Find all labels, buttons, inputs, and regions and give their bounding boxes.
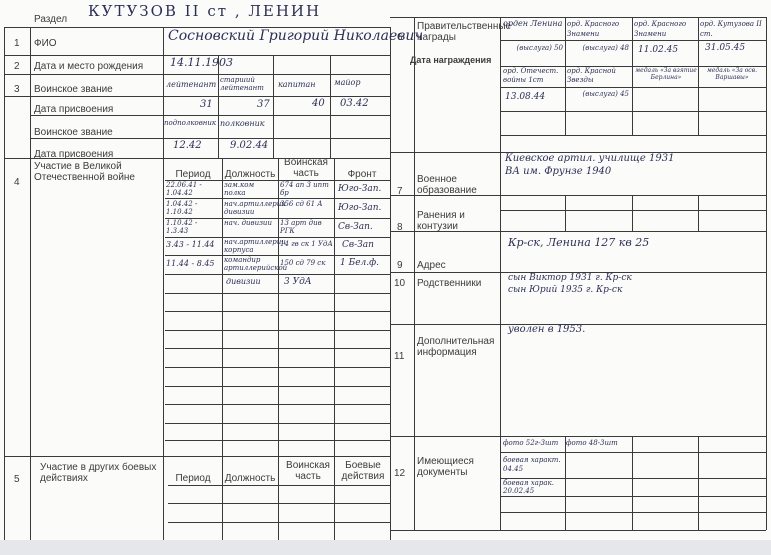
row-1-number: 1 [14,38,20,49]
award-4: орд. Кутузова II ст. [700,19,764,39]
wwii-unit-6: 3 УдА [284,277,312,287]
award-date-6: (выслуга) 45 [567,89,629,99]
row-8-number: 8 [397,222,403,233]
record-card: Раздел КУТУЗОВ II ст , ЛЕНИН [0,0,771,555]
rank-4: майор [334,78,361,87]
wwii-unit-5: 150 сд 79 ск [280,259,325,267]
education-value-2: ВА им. Фрунзе 1940 [505,166,611,177]
wwii-period-4: 3.43 - 11.44 [166,240,215,249]
rank-date-3: 40 [312,98,325,109]
row-3-number: 3 [14,84,20,95]
wwii-col-period: Период [164,169,222,180]
award-1: орден Ленина [503,19,563,29]
address-value: Кр-ск, Ленина 127 кв 25 [508,236,649,249]
award-date-4: 31.05.45 [705,43,745,53]
other-col-position: Должность [222,473,278,484]
document-3: боевая характ. 04.45 [503,456,563,474]
document-2: фото 48-3шт [566,439,618,447]
award-date-1: (выслуга) 50 [503,43,563,53]
wwii-position-4: нач.артиллерии корпуса [224,238,276,254]
relatives-value-2: сын Юрий 1935 г. Кр-ск [508,285,622,295]
rank-5: подполковник [164,119,216,127]
wwii-col-unit: Воинская часть [282,157,330,179]
wwii-front-4: Св-Зап [342,240,374,250]
fio-label: ФИО [34,38,57,49]
documents-label: Имеющиеся документы [417,456,499,478]
education-value-1: Киевское артил. училище 1931 [505,153,674,164]
section-value: КУТУЗОВ II ст , ЛЕНИН [88,2,321,20]
fio-value: Сосновский Григорий Николаевич [168,28,423,44]
rank-3: капитан [278,80,315,89]
rank-1: лейтенант [166,80,216,89]
wwii-front-1: Юго-Зап. [338,184,381,194]
birth-label: Дата и место рождения [34,61,143,72]
wwii-label: Участие в Великой Отечественной войне [34,161,159,183]
other-col-period: Период [164,473,222,484]
wwii-period-3: 1.10.42 - 1.3.43 [166,219,220,235]
wwii-col-front: Фронт [334,169,390,180]
rank-2: старший лейтенант [220,76,272,92]
award-date-label: Дата награждения [410,55,491,66]
award-date-2: (выслуга) 48 [567,43,629,53]
award-date-5: 13.08.44 [505,92,545,102]
row-7-number: 7 [397,186,403,197]
award-3: орд. Красного Знамени [634,19,698,39]
rank-date-label-2: Дата присвоения [34,149,113,160]
wwii-period-2: 1.04.42 - 1.10.42 [166,200,220,216]
education-label: Военное образование [417,174,497,196]
rank-date-6: 9.02.44 [230,140,268,151]
relatives-value-1: сын Виктор 1931 г. Кр-ск [508,273,632,283]
award-2: орд. Красного Знамени [567,19,631,39]
row-11-number: 11 [394,351,404,362]
rank-date-label-1: Дата присвоения [34,104,113,115]
award-8: медаль «За осв. Варшавы» [700,67,764,81]
relatives-label: Родственники [417,278,481,289]
additional-info-value: уволен в 1953. [508,324,585,335]
wwii-position-2: нач.артиллерии дивизии [224,200,276,216]
row-12-number: 12 [394,468,405,479]
wwii-period-5: 11.44 - 8.45 [166,259,215,268]
award-5: орд. Отечест. войны 1ст [503,67,563,85]
other-combat-label: Участие в других боевых действиях [40,462,162,484]
wwii-unit-4: 14 гв ск 1 УдА [280,240,333,248]
row-10-number: 10 [394,278,405,289]
wwii-col-position: Должность [222,169,278,180]
scan-edge [0,540,771,555]
wwii-position-1: зам.ком полка [224,181,276,197]
wwii-unit-2: 356 сд 61 А [280,200,332,208]
awards-label: Правительственные награды [417,21,497,43]
wwii-unit-1: 674 ап 3 ипт бр [280,181,332,197]
wwii-front-2: Юго-Зап. [338,203,381,213]
birth-value: 14.11.1903 [170,56,233,69]
row-4-number: 4 [14,177,20,188]
additional-info-label: Дополнительная информация [417,336,499,358]
wwii-front-3: Св-Зап. [338,222,373,232]
wwii-position-3: нач. дивизии [224,219,276,227]
wwii-period-1: 22.06.41 - 1.04.42 [166,181,220,197]
other-col-actions: Боевые действия [336,460,390,482]
document-4: боевая харак. 20.02.45 [503,479,563,495]
award-6: орд. Красной Звезды [567,67,631,85]
wwii-unit-3: 13 арт див РГК [280,219,332,235]
section-label: Раздел [34,14,67,25]
rank-date-4: 03.42 [340,98,369,109]
row-5-number: 5 [14,474,20,485]
wwii-position-5: командир артиллерийской [224,256,276,272]
document-1: фото 52г-3шт [503,439,558,447]
row-9-number: 9 [397,260,403,271]
award-date-3: 11.02.45 [638,45,678,55]
address-label: Адрес [417,260,446,271]
rank-6: полковник [220,119,265,128]
row-6-number: 6 [397,32,403,43]
rank-date-1: 31 [200,99,213,110]
wwii-position-6: дивизии [226,277,261,286]
other-col-unit: Воинская часть [282,460,334,482]
rank-date-2: 37 [257,99,270,110]
row-2-number: 2 [14,61,20,72]
rank-date-5: 12.42 [173,140,202,151]
rank-label-2: Воинское звание [34,127,113,138]
award-7: медаль «За взятие Берлина» [634,67,698,81]
wounds-label: Ранения и контузии [417,210,497,232]
rank-label-1: Воинское звание [34,84,113,95]
wwii-front-5: 1 Бел.ф. [340,258,379,268]
